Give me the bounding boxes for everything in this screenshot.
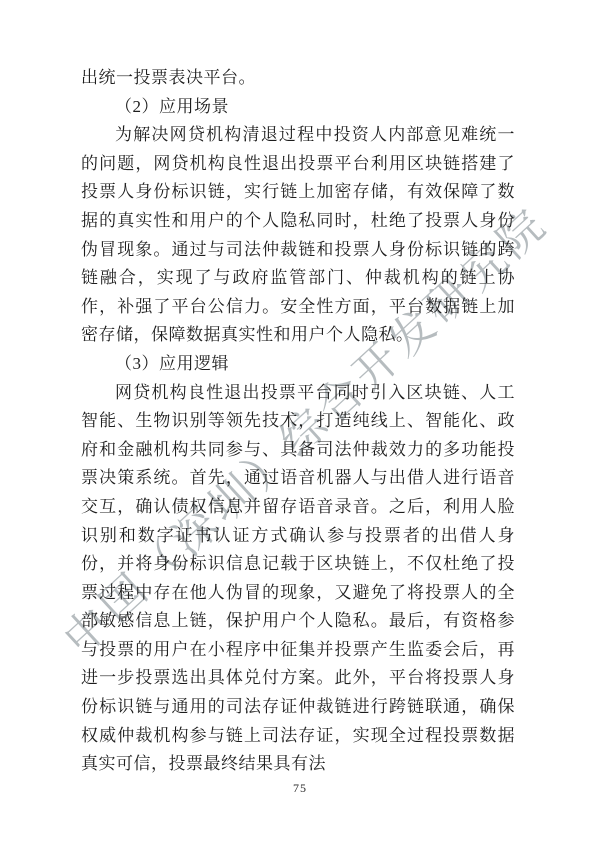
document-page: 中国（深圳）综合开发研究院 出统一投票表决平台。 （2）应用场景 为解决网贷机构… — [0, 0, 600, 848]
section-paragraph-application-scenario: 为解决网贷机构清退过程中投资人内部意见难统一的问题，网贷机构良性退出投票平台利用… — [81, 121, 515, 350]
section-heading-application-logic: （3）应用逻辑 — [81, 350, 515, 379]
page-number: 75 — [0, 781, 600, 796]
section-paragraph-application-logic: 网贷机构良性退出投票平台同时引入区块链、人工智能、生物识别等领先技术，打造纯线上… — [81, 379, 515, 779]
section-heading-application-scenario: （2）应用场景 — [81, 93, 515, 122]
page-content: 出统一投票表决平台。 （2）应用场景 为解决网贷机构清退过程中投资人内部意见难统… — [81, 64, 515, 779]
paragraph-continuation: 出统一投票表决平台。 — [81, 64, 515, 93]
